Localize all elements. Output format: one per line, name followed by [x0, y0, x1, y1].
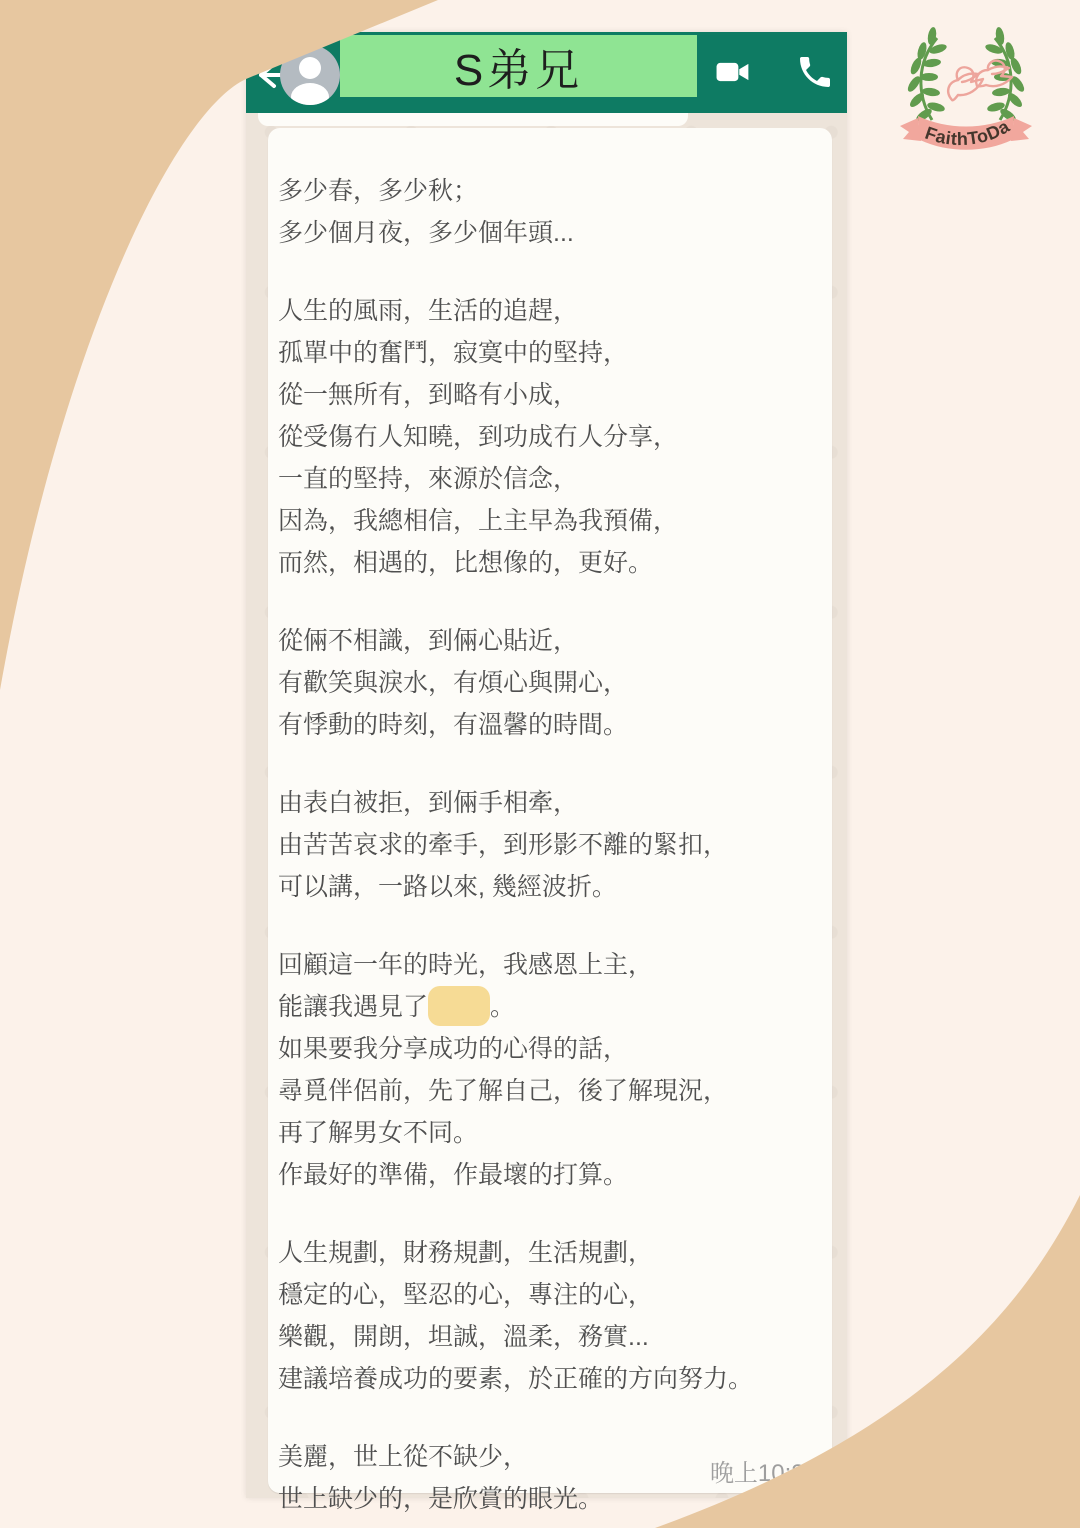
contact-name: S弟兄: [454, 34, 583, 98]
whatsapp-screenshot: S弟兄 多少春，多少秋； 多少個月夜，多少個年頭... 人生的風雨，生活的追趕，…: [246, 32, 847, 1498]
laurel-left-icon: [906, 26, 948, 123]
message-line: 由表白被拒，到倆手相牽，: [278, 782, 820, 824]
message-line: 穩定的心，堅忍的心，專注的心，: [278, 1274, 820, 1316]
message-line: 人生的風雨，生活的追趕，: [278, 290, 820, 332]
redacted-name: [428, 986, 490, 1026]
message-line: 如果要我分享成功的心得的話，: [278, 1028, 820, 1070]
message-line: 一直的堅持，來源於信念，: [278, 458, 820, 500]
message-bubble: 多少春，多少秋； 多少個月夜，多少個年頭... 人生的風雨，生活的追趕， 孤單中…: [268, 128, 832, 1493]
message-line: 從倆不相識，到倆心貼近，: [278, 620, 820, 662]
chat-header: S弟兄: [246, 32, 847, 113]
message-line: 有歡笑與淚水，有煩心與開心，: [278, 662, 820, 704]
message-line: 由苦苦哀求的牽手，到形影不離的緊扣，: [278, 824, 820, 866]
redacted-line-prefix: 能讓我遇見了: [278, 993, 428, 1021]
message-line: 多少春，多少秋；: [278, 170, 820, 212]
message-line: 人生規劃，財務規劃，生活規劃，: [278, 1232, 820, 1274]
message-line: 可以講，一路以來, 幾經波折。: [278, 866, 820, 908]
voice-call-icon[interactable]: [795, 52, 835, 92]
message-line: 而然，相遇的，比想像的，更好。: [278, 542, 820, 584]
message-line: 作最好的準備，作最壞的打算。: [278, 1154, 820, 1196]
video-call-icon[interactable]: [712, 52, 752, 92]
message-line: 多少個月夜，多少個年頭...: [278, 212, 820, 254]
avatar[interactable]: [280, 45, 340, 105]
message-line: 樂觀，開朗，坦誠，溫柔，務實...: [278, 1316, 820, 1358]
person-icon: [280, 45, 340, 105]
message-line: 孤單中的奮鬥，寂寞中的堅持，: [278, 332, 820, 374]
previous-message-bubble: [258, 113, 688, 126]
message-line: 從一無所有，到略有小成，: [278, 374, 820, 416]
message-line: 尋覓伴侶前，先了解自己，後了解現況，: [278, 1070, 820, 1112]
message-timestamp: 晚上10:34: [710, 1462, 818, 1486]
chat-wallpaper: 多少春，多少秋； 多少個月夜，多少個年頭... 人生的風雨，生活的追趕， 孤單中…: [246, 113, 847, 1498]
message-line-redacted: 能讓我遇見了。: [278, 986, 820, 1028]
message-line: 建議培養成功的要素，於正確的方向努力。: [278, 1358, 820, 1400]
message-line: 從受傷冇人知曉，到功成冇人分享，: [278, 416, 820, 458]
faithtodate-logo: FaithToDate: [892, 20, 1040, 152]
redacted-line-suffix: 。: [490, 993, 515, 1021]
laurel-right-icon: [984, 26, 1026, 123]
message-line: 因為，我總相信，上主早為我預備，: [278, 500, 820, 542]
message-line: 有悸動的時刻，有溫馨的時間。: [278, 704, 820, 746]
message-line: 回顧這一年的時光，我感恩上主，: [278, 944, 820, 986]
message-line: 再了解男女不同。: [278, 1112, 820, 1154]
contact-name-highlight[interactable]: S弟兄: [340, 35, 697, 97]
